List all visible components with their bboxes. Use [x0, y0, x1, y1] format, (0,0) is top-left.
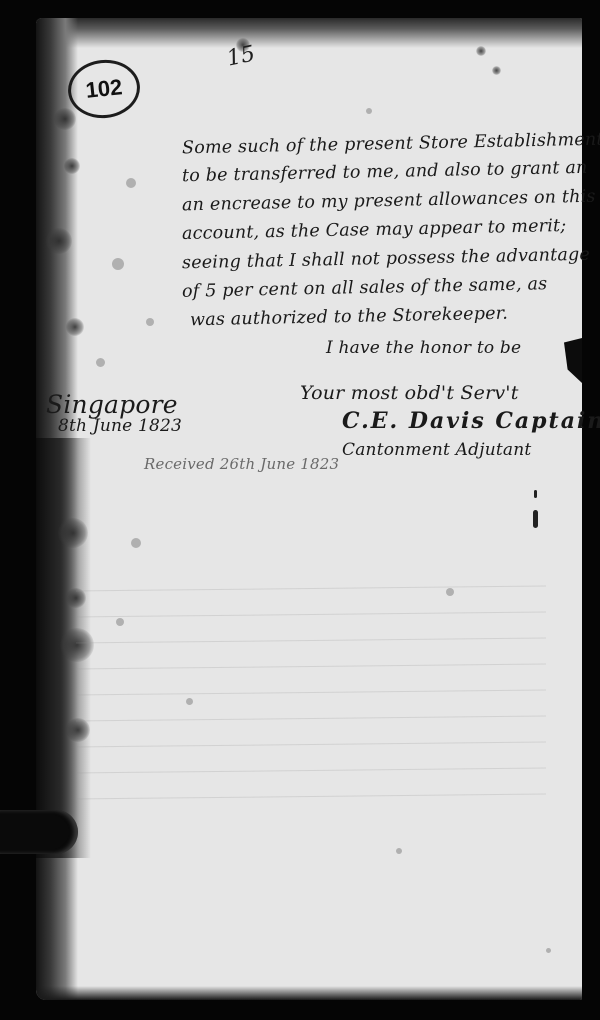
ink-blotch: [66, 318, 84, 336]
foxing-speck: [112, 258, 124, 270]
ink-blotch: [64, 158, 80, 174]
foxing-speck: [186, 698, 193, 705]
bleed-through-line: [76, 768, 546, 774]
bleed-through-line: [76, 612, 546, 618]
bleed-through-line: [76, 664, 546, 670]
ink-blotch: [46, 228, 72, 254]
foxing-speck: [146, 318, 154, 326]
foxing-speck: [396, 848, 402, 854]
ink-blotch: [492, 66, 501, 75]
bleed-through-line: [76, 794, 546, 800]
letter-date: 8th June 1823: [58, 416, 182, 436]
ink-blotch: [60, 628, 94, 662]
bleed-through-line: [76, 690, 546, 696]
signature: C.E. Davis Captain: [342, 408, 600, 434]
bleed-through-line: [76, 638, 546, 644]
ink-blotch: [54, 108, 76, 130]
folio-number-text: 102: [84, 74, 123, 104]
binding-clip: [0, 810, 78, 854]
foxing-speck: [96, 358, 105, 367]
foxing-speck: [126, 178, 136, 188]
bleed-through-line: [76, 716, 546, 722]
bleed-through-line: [76, 586, 546, 592]
ink-blotch: [66, 718, 90, 742]
bleed-through-line: [76, 742, 546, 748]
page-top-edge-shadow: [36, 18, 582, 48]
received-note: Received 26th June 1823: [144, 455, 339, 473]
closing-servant: Your most obd't Serv't: [300, 382, 519, 404]
page-edge-tear: [564, 338, 582, 383]
foxing-speck: [116, 618, 124, 626]
ink-blotch: [58, 518, 88, 548]
foxing-speck: [366, 108, 372, 114]
foxing-speck: [546, 948, 551, 953]
ink-blotch: [476, 46, 486, 56]
page-bottom-edge-shadow: [36, 986, 582, 1000]
signatory-title: Cantonment Adjutant: [342, 440, 531, 460]
margin-ink-marks: [530, 490, 542, 540]
scanned-manuscript: 102 15 Some such of the present Store Es…: [0, 0, 600, 1020]
letter-place: Singapore: [46, 390, 178, 419]
closing-salutation: I have the honor to be: [326, 338, 521, 358]
foxing-speck: [131, 538, 141, 548]
foxing-speck: [446, 588, 454, 596]
